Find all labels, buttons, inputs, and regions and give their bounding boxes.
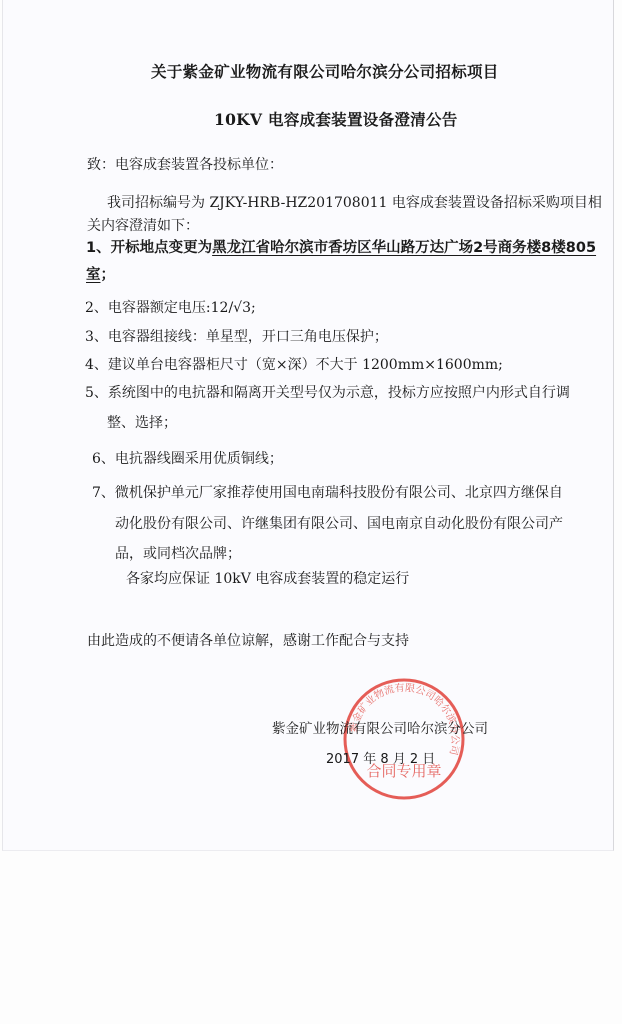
- item-7-line-3: 品，或同档次品牌；: [115, 545, 241, 563]
- svg-text:紫金矿业物流有限公司哈尔滨分公司: 紫金矿业物流有限公司哈尔滨分公司: [346, 681, 461, 756]
- item-1-address-end: 室: [86, 267, 101, 283]
- item-1-tail: ；: [101, 267, 116, 283]
- item-5-line-1: 5、系统图中的电抗器和隔离开关型号仅为示意，投标方应按照户内形式自行调: [85, 384, 570, 402]
- salutation: 致：电容成套装置各投标单位：: [87, 156, 283, 174]
- company-seal-icon: 紫金矿业物流有限公司哈尔滨分公司 合同专用章: [341, 676, 467, 802]
- title-line-2: 10KV 电容成套装置设备澄清公告: [214, 111, 458, 129]
- item-1-prefix: 1、开标地点变更为: [86, 240, 212, 256]
- signature-company: 紫金矿业物流有限公司哈尔滨分公司: [272, 720, 488, 738]
- item-1-address: 黑龙江省哈尔滨市香坊区华山路万达广场2号商务楼8楼805: [212, 240, 596, 256]
- item-1-continuation: 室；: [86, 266, 115, 284]
- note-line: 各家均应保证 10kV 电容成套装置的稳定运行: [126, 570, 409, 588]
- intro-line-2: 关内容澄清如下：: [87, 217, 199, 235]
- item-3: 3、电容器组接线：单星型，开口三角电压保护；: [85, 328, 388, 346]
- document-page: 关于紫金矿业物流有限公司哈尔滨分公司招标项目 10KV 电容成套装置设备澄清公告…: [2, 0, 614, 851]
- item-4: 4、建议单台电容器柜尺寸（宽×深）不大于 1200mm×1600mm;: [85, 356, 503, 374]
- item-6: 6、电抗器线圈采用优质铜线；: [92, 450, 283, 468]
- item-7-line-1: 7、微机保护单元厂家推荐使用国电南瑞科技股份有限公司、北京四方继保自: [92, 484, 563, 502]
- item-1: 1、开标地点变更为黑龙江省哈尔滨市香坊区华山路万达广场2号商务楼8楼805: [86, 239, 596, 257]
- title-line-1: 关于紫金矿业物流有限公司哈尔滨分公司招标项目: [151, 63, 499, 81]
- item-2: 2、电容器额定电压:12/√3;: [85, 299, 256, 317]
- signature-date: 2017 年 8 月 2 日: [326, 751, 435, 769]
- item-5-line-2: 整、选择；: [107, 414, 177, 432]
- closing-line: 由此造成的不便请各单位谅解，感谢工作配合与支持: [87, 632, 409, 650]
- item-7-line-2: 动化股份有限公司、许继集团有限公司、国电南京自动化股份有限公司产: [115, 515, 563, 533]
- intro-line-1: 我司招标编号为 ZJKY-HRB-HZ201708011 电容成套装置设备招标采…: [107, 194, 602, 212]
